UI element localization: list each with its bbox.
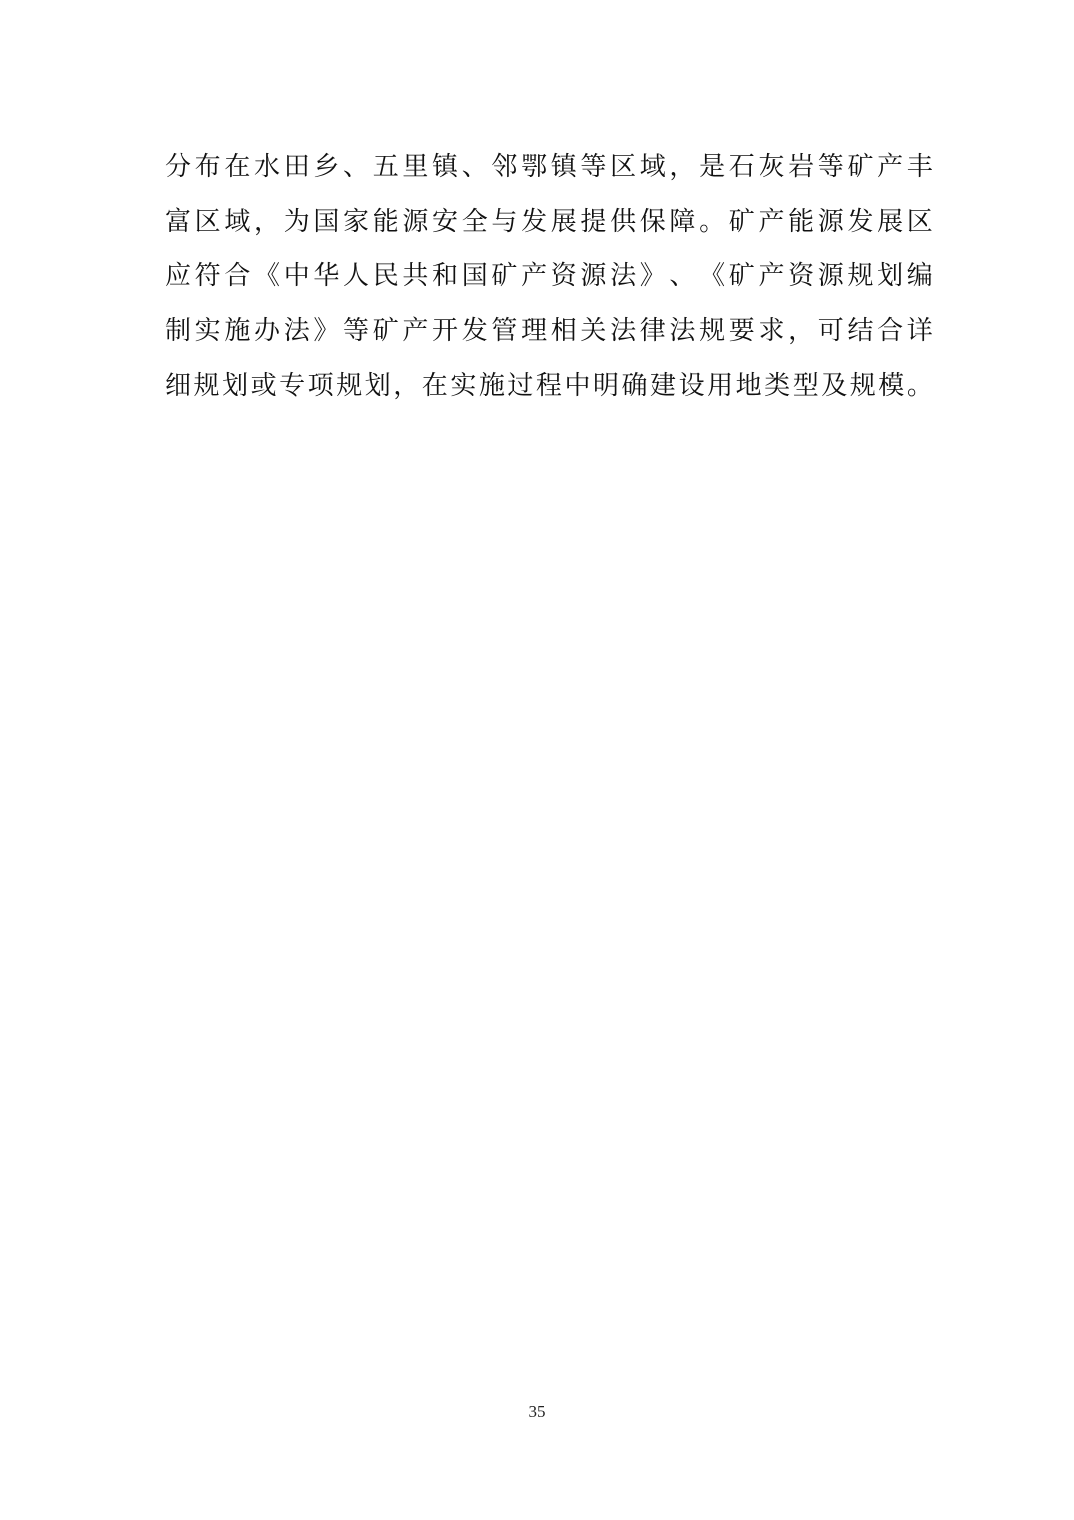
text-char: 能 (373, 200, 399, 255)
text-char: 或 (251, 364, 277, 419)
paragraph-line: 制实施办法》等矿产开发管理相关法律法规要求，可结合详 (165, 309, 933, 364)
text-char: 划 (365, 364, 391, 419)
text-char: 规 (194, 364, 220, 419)
text-char: 。 (699, 200, 725, 255)
text-char: 民 (373, 254, 399, 309)
text-char: 求 (758, 309, 784, 364)
text-char: 、 (669, 254, 695, 309)
text-char: 相 (551, 309, 577, 364)
text-char: 区 (907, 200, 933, 255)
text-char: 和 (432, 254, 458, 309)
text-char: 供 (610, 200, 636, 255)
text-char: 安 (432, 200, 458, 255)
text-char: 岩 (788, 145, 814, 200)
text-char: 区 (610, 145, 636, 200)
text-char: 划 (222, 364, 248, 419)
text-char: 布 (195, 145, 221, 200)
page-number: 35 (0, 1402, 1074, 1422)
text-char: 石 (729, 145, 755, 200)
text-char: 。 (907, 364, 933, 419)
text-char: 产 (877, 145, 903, 200)
text-char: 镇 (432, 145, 458, 200)
text-char: 家 (343, 200, 369, 255)
text-char: 在 (422, 364, 448, 419)
body-paragraph: 分布在水田乡、五里镇、邻鄂镇等区域，是石灰岩等矿产丰 富区域，为国家能源安全与发… (165, 145, 945, 418)
text-char: 地 (736, 364, 762, 419)
text-char: 发 (462, 309, 488, 364)
text-char: 合 (224, 254, 250, 309)
text-char: 源 (818, 254, 844, 309)
text-char: 分 (165, 145, 191, 200)
text-char: ， (669, 145, 695, 200)
text-char: 划 (877, 254, 903, 309)
text-char: 产 (521, 254, 547, 309)
text-char: 《 (699, 254, 725, 309)
text-char: 邻 (491, 145, 517, 200)
text-char: 合 (877, 309, 903, 364)
text-char: 《 (254, 254, 280, 309)
text-char: 障 (669, 200, 695, 255)
paragraph-line: 分布在水田乡、五里镇、邻鄂镇等区域，是石灰岩等矿产丰 (165, 145, 933, 200)
text-char: 开 (432, 309, 458, 364)
text-char: 细 (165, 364, 191, 419)
text-char: 法 (610, 254, 636, 309)
text-char: 法 (669, 309, 695, 364)
text-char: 展 (551, 200, 577, 255)
text-char: 产 (758, 254, 784, 309)
text-char: 规 (336, 364, 362, 419)
paragraph-line: 细规划或专项规划，在实施过程中明确建设用地类型及规模。 (165, 364, 933, 419)
text-char: 律 (640, 309, 666, 364)
text-char: 详 (907, 309, 933, 364)
text-char: 源 (402, 200, 428, 255)
text-char: 矿 (847, 145, 873, 200)
text-char: 、 (343, 145, 369, 200)
text-char: 发 (521, 200, 547, 255)
text-char: 类 (764, 364, 790, 419)
text-char: 办 (254, 309, 280, 364)
text-char: 专 (279, 364, 305, 419)
text-char: 与 (491, 200, 517, 255)
text-char: 灰 (758, 145, 784, 200)
text-char: 理 (521, 309, 547, 364)
text-char: 丰 (907, 145, 933, 200)
text-char: 规 (699, 309, 725, 364)
text-char: 管 (491, 309, 517, 364)
text-char: ， (393, 364, 419, 419)
text-char: 施 (479, 364, 505, 419)
text-char: 镇 (551, 145, 577, 200)
text-char: 发 (847, 200, 873, 255)
text-char: 结 (847, 309, 873, 364)
text-char: 用 (707, 364, 733, 419)
text-char: 源 (818, 200, 844, 255)
text-char: 法 (284, 309, 310, 364)
text-char: 国 (313, 200, 339, 255)
text-char: 为 (284, 200, 310, 255)
text-char: 等 (818, 145, 844, 200)
paragraph-line: 富区域，为国家能源安全与发展提供保障。矿产能源发展区 (165, 200, 933, 255)
text-char: 共 (402, 254, 428, 309)
text-char: 确 (622, 364, 648, 419)
text-char: 程 (536, 364, 562, 419)
text-char: 里 (402, 145, 428, 200)
document-page: 分布在水田乡、五里镇、邻鄂镇等区域，是石灰岩等矿产丰 富区域，为国家能源安全与发… (0, 0, 1074, 1520)
text-char: 项 (308, 364, 334, 419)
text-char: 是 (699, 145, 725, 200)
text-char: 资 (551, 254, 577, 309)
text-char: 能 (788, 200, 814, 255)
text-char: ， (788, 309, 814, 364)
text-char: 人 (343, 254, 369, 309)
text-char: 编 (907, 254, 933, 309)
text-char: 实 (450, 364, 476, 419)
text-char: 全 (462, 200, 488, 255)
text-char: 矿 (729, 200, 755, 255)
text-char: 符 (195, 254, 221, 309)
text-char: 在 (224, 145, 250, 200)
text-char: 田 (284, 145, 310, 200)
text-char: 等 (343, 309, 369, 364)
text-char: 提 (580, 200, 606, 255)
text-char: 五 (373, 145, 399, 200)
text-char: 保 (640, 200, 666, 255)
text-char: 资 (788, 254, 814, 309)
text-char: 施 (224, 309, 250, 364)
text-char: 展 (877, 200, 903, 255)
text-char: 区 (195, 200, 221, 255)
text-char: 等 (580, 145, 606, 200)
text-char: 国 (462, 254, 488, 309)
text-char: 域 (640, 145, 666, 200)
text-char: 设 (679, 364, 705, 419)
text-char: 乡 (313, 145, 339, 200)
paragraph-line: 应符合《中华人民共和国矿产资源法》、《矿产资源规划编 (165, 254, 933, 309)
text-char: 可 (818, 309, 844, 364)
text-char: 》 (313, 309, 339, 364)
text-char: 》 (640, 254, 666, 309)
text-char: 产 (402, 309, 428, 364)
text-char: 法 (610, 309, 636, 364)
text-char: 规 (847, 254, 873, 309)
text-char: 制 (165, 309, 191, 364)
text-char: 华 (313, 254, 339, 309)
text-char: 规 (850, 364, 876, 419)
text-char: 水 (254, 145, 280, 200)
text-char: 鄂 (521, 145, 547, 200)
text-char: 应 (165, 254, 191, 309)
text-char: 矿 (491, 254, 517, 309)
text-char: 过 (507, 364, 533, 419)
text-char: 中 (564, 364, 590, 419)
text-char: 、 (462, 145, 488, 200)
text-char: 明 (593, 364, 619, 419)
text-char: 实 (195, 309, 221, 364)
text-char: 要 (729, 309, 755, 364)
text-char: 中 (284, 254, 310, 309)
text-char: 矿 (373, 309, 399, 364)
text-char: 模 (878, 364, 904, 419)
text-char: 矿 (729, 254, 755, 309)
text-char: ， (254, 200, 280, 255)
text-char: 产 (758, 200, 784, 255)
text-char: 型 (793, 364, 819, 419)
text-char: 富 (165, 200, 191, 255)
text-char: 源 (580, 254, 606, 309)
text-char: 域 (224, 200, 250, 255)
text-char: 关 (580, 309, 606, 364)
text-char: 建 (650, 364, 676, 419)
text-char: 及 (821, 364, 847, 419)
